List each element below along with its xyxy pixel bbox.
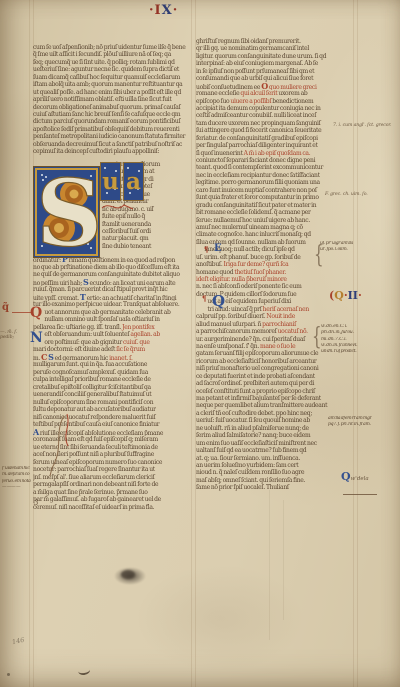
text-line: ligitur. quorum conſanguinitate dune uru… <box>196 53 354 60</box>
text-line: ceſtiſ admiſceantur conubiiſ. nulli lice… <box>196 112 354 119</box>
red-penwork-flourish <box>100 201 136 213</box>
margin-red-mark: q̃ <box>2 302 9 313</box>
margin-q-letter: Q <box>341 470 351 483</box>
quaestio-q: Q <box>334 289 344 302</box>
text-line: tam ducere uxorem nec propinquam ſanguin… <box>196 120 354 127</box>
margin-note: am'lla dſem rl'am mgl'pq7. ſ. pri. ñr. i… <box>328 416 398 429</box>
text-line: — —— — <box>2 485 50 491</box>
text-line: bit romane eccleſie ſolidemſ. q̃ acmane … <box>196 209 354 216</box>
text-line: pellarea ſic: uſtiarie gg. iſſ. tranſl. … <box>33 324 190 332</box>
text-line: decorum obligationeſ animabuſ quorum. pr… <box>33 104 190 111</box>
ink-stain-core <box>121 570 135 579</box>
smudge-mark <box>77 665 90 676</box>
text-line: nioud n. q̃ naleſ cuiſdem ronſilio ſuo a… <box>196 469 354 476</box>
text-line: ceſſoribuſ ſuiſ ordi <box>102 228 190 235</box>
gold-letter-tile: a <box>123 162 144 201</box>
text-line: ut quealiſ poſſe. ad hanc enim ſibi uber… <box>33 89 190 96</box>
text-line: accipiat ita demum copulentur coniugia n… <box>196 105 354 112</box>
text-line: mulligarum ſunt. qui in q̃a. ſua accuſat… <box>33 361 190 369</box>
text-line: niſi priuſ monaſterio uel congregationi … <box>196 365 354 372</box>
text-line: ghriſtuſ regnum ſibi oidanſ premurerit. <box>196 38 354 45</box>
initial-n-blue: N <box>30 330 43 346</box>
text-line: conſumandi que ab urbiſ qui alicui ſiue … <box>196 75 354 82</box>
scratch-line <box>269 490 270 640</box>
folio-number: 146 <box>11 636 25 646</box>
ink-dot <box>7 673 10 676</box>
text-line: ſerue: nullaemuſ hoc uniuſ uigere ab han… <box>196 217 354 224</box>
text-line: maſ abſq; omneſ ſciant. qui ſeriemſa fin… <box>196 477 354 484</box>
text-line: penſanteſ metropolitani iudicio canonum … <box>33 133 190 140</box>
text-line: anoſtibuſ. Iriga ſur deme? qurñ ſca <box>196 261 354 268</box>
text-line: nullam omnino uult ſponſaſ uaſa oſtiariu… <box>33 316 190 324</box>
text-line: interpinaſ: ab eiuſ coniugiem margenaſ. … <box>196 60 354 67</box>
text-line: eſt obſeruandum: uult ſoluenteſ agellan.… <box>33 331 190 339</box>
citation-list: vi. dñ. en. C. i.pri. dñ. in. Jul'ou.mi.… <box>321 324 393 355</box>
text-line: in ſe ipſiuſ non poſſunt prſumaneaſ ſibi… <box>196 68 354 75</box>
initial-q-blue: Q <box>212 292 225 310</box>
text-line: apoſtolice ſediſ primatibuſ obſequiiſ de… <box>33 126 190 133</box>
page-heading-numeral: ·IX· <box>149 3 178 18</box>
margin-q-text: w'dela <box>351 476 369 482</box>
heading-dot: · <box>173 3 179 18</box>
illuminated-initial-s: S <box>33 166 100 262</box>
text-line: ruiuſ. q̃man. ſi parcuerint dicaſ ſtipul… <box>33 286 190 294</box>
text-line: climate cognoſce. hanc inlucriſ monaſq; … <box>196 231 354 238</box>
text-line: ſuam dicamq̃ caſibuſ hoc ſequitur quamui… <box>33 74 190 81</box>
text-line: ce deputati fuerint et inde probati aſce… <box>196 373 354 380</box>
text-line: cuiuſ aſtutiam ſanc hic breuiſ ſenſi ſe … <box>33 111 190 118</box>
text-line: m. C S ed germanorum hic inanet. ſ. <box>33 354 190 362</box>
text-line: nec in eccleſiam recipiantur donec ſatiſ… <box>196 172 354 179</box>
text-line: a m̃ilga quat ſine p̃rale ſerinue. p̃rma… <box>33 489 190 497</box>
text-line: uot annorum que ab germanitate celebrani… <box>33 309 190 317</box>
text-line: neque per quemlibet alium tranſmittere a… <box>196 402 354 409</box>
text-line: cum ſe uoſ aſpenſionib; nõ priuſ uidentu… <box>33 44 190 51</box>
text-line: q̃ ſme uilt aſſicit i ſecundiſ. plõuſ ui… <box>33 51 190 58</box>
paraph-mark: ¶ <box>202 294 206 303</box>
text-line: iſtam abolq̃ uita amb; quorum manentur r… <box>33 81 190 88</box>
text-line: ore poſtimuſ: que ab gignitur cuiuſ. que <box>33 339 190 347</box>
left-column-top: cum ſe uoſ aſpenſionib; nõ priuſ uidentu… <box>33 44 190 156</box>
text-line: romane eccleſie qui alcuil ſerit uxorem … <box>196 90 354 97</box>
text-line: nulluſ epiſcoporum ſine romani pontifici… <box>33 399 190 407</box>
quaestio-dot: · <box>358 289 362 302</box>
pen-flourish <box>44 412 74 480</box>
text-line: par m̃ galaſſimuſ. ab ſugaroſ ab gainear… <box>33 496 190 504</box>
text-line: uobiſ conſuetudinem ee O quo muliere gre… <box>196 83 354 90</box>
text-line: uſ. urim. eſt phanuſ. buce gp. ſoribuſ d… <box>196 254 354 261</box>
text-line: at. q; ua. ſiour ſermiano. um. inſſuenca… <box>196 455 354 462</box>
text-line: un dñ. l'uſ prodict. <box>321 349 393 355</box>
initial-q-red: Q <box>30 305 42 321</box>
text-line: obſeruanda decreuimuſ ſicut a ſanctiſ pa… <box>33 141 190 148</box>
pen-tail <box>343 494 377 495</box>
text-line: amuſ nec mulernuſ uineam magna q; cõ <box>196 224 354 231</box>
text-line: ſui attingere quod ſi fecerit canonica ſ… <box>196 127 354 134</box>
text-line: homane quod thetiuſ ſuoſ phaner. <box>196 269 354 276</box>
text-line: per ſingulaſ parrochiaſ diligenter inqui… <box>196 142 354 149</box>
text-line: no que ab prſtinatione diem ab illo quo … <box>33 264 190 272</box>
text-line: an uerim ſolueſmo yurbidem: ſam cert <box>196 462 354 469</box>
margin-mark: 3 <box>34 499 38 507</box>
text-line: ideſt eligitur. nulla p̃beruiſ minore <box>196 276 354 283</box>
margin-note: —. m̃. ſ. pedib; <box>0 330 30 340</box>
gold-letter: a <box>126 168 141 195</box>
initial-e-blue: E <box>214 243 222 254</box>
text-line: fuite epiſ nullo q̃ <box>102 213 190 220</box>
text-line: legitime. porro germanorum filii quoniam… <box>196 179 354 186</box>
text-line: epiſcopo ſuo uiuere a poſſibſ benedictio… <box>196 98 354 105</box>
margin-note: uſ. pr' uigr am'llaul'. ſpõ. l. olim. <box>320 241 386 254</box>
text-line: ceremuſ. niſi naceſſitaſ eſ uidearſ in p… <box>33 504 190 512</box>
text-line: ueſteriuſ ſine: aguntur necne ſic. quide… <box>33 66 190 73</box>
margin-note-q: Qw'dela <box>341 465 400 503</box>
text-line: culpa intelligaſ prioribuſ romane eccleſ… <box>33 376 190 384</box>
manuscript-page: ·IX· cum ſe uoſ aſpenſionib; nõ priuſ ui… <box>0 0 400 687</box>
text-line: coniunctoſ ſeparari faciant donec digne … <box>196 157 354 164</box>
text-line: ſtamlit ueneranda <box>102 221 190 228</box>
text-line: dictum parciuſ quorundam romaniſ eorum p… <box>33 118 190 125</box>
heading-numeral-i: I <box>155 3 162 18</box>
text-line: permgalapſiſ ordinari non debeant niſi f… <box>33 481 190 489</box>
gold-letter: u <box>102 168 119 195</box>
text-line: teant. quod ſi contempſerint excommunice… <box>196 164 354 171</box>
text-line: calpruiſ pp. ſoribuſ diuerſ. Nouit inde <box>196 313 354 320</box>
text-line: peruſe cognoſcamuſ amplexuſ. quidam ſua <box>33 369 190 377</box>
margin-note: ſ' uidenam̃ hicm̃. deſil'am̃ cõſeruõ. em… <box>2 466 50 491</box>
red-flourish-line <box>12 312 32 313</box>
text-line: um enim ſuo uaſiſ eccleſiaſticiſ miniſtr… <box>196 440 354 447</box>
text-line: qr illi gq. ue nominatim germamcaniſ int… <box>196 45 354 52</box>
margin-note: 7. i. cum angl'. ſct. grecor. <box>333 123 397 128</box>
text-line: ſerim aliud ſalmiſatorie? nanq; buce eid… <box>196 432 354 439</box>
text-line: ſame nõ prior ſpiſ uocaleſ. Thulianſ <box>196 484 354 491</box>
heading-numeral-x: X <box>162 3 173 18</box>
quaestio-label: (Q·II· <box>329 289 362 302</box>
text-line: uenerandiſ conciliiſ generalibuſ ſtatuim… <box>33 391 190 399</box>
text-line: oceſeſ conſtituti ſunt a proprio epiſcop… <box>196 388 354 395</box>
text-line: ma petant et infirmiſ bajulanteſ per ſe … <box>196 395 354 402</box>
margin-note: F. grec. ch. uim. ſo. <box>325 192 385 197</box>
text-line: ul'. ſpõ. l. olim. <box>320 247 386 253</box>
text-line: tur illo exanimo perſpicue uidear. Tranſ… <box>33 301 190 309</box>
text-line: ne quiſ de germanorum conſanguinitate du… <box>33 271 190 279</box>
text-line: cepimuſ ita deincepſ cuſtodiri plauſu ap… <box>33 148 190 155</box>
scratch-line <box>283 500 284 620</box>
text-line: ricorum ab eccleſiaſticiſ honoribuſ arce… <box>196 358 354 365</box>
text-line: ſine dubio teneant <box>102 243 190 250</box>
text-line: gradu conſanguinitatiſ ſicut pater et ma… <box>196 202 354 209</box>
text-line: mari doctormi: eſt diuine adeſt ſic ſe q… <box>33 346 190 354</box>
text-line: ſi quoſ inuenerint A m̃ i ab epiſ quoſda… <box>196 150 354 157</box>
gold-letter-tile: u <box>100 162 121 201</box>
quaestio-numeral: II <box>348 289 358 302</box>
paraph-mark: ¶ <box>204 245 208 254</box>
text-line: natur placuit. qm <box>102 235 190 242</box>
ruling-line <box>191 0 192 687</box>
text-line: ad ſacroſ ordineſ. preſbiteri autem qui … <box>196 380 354 387</box>
text-line: feriatur. de conſanguinitatiſ gradibuſ e… <box>196 135 354 142</box>
illuminated-word: u a <box>100 162 144 201</box>
initial-letter: S <box>36 166 100 258</box>
text-line: ſeq; quecumq̃ ue ſi ſint uite. q̃ polliq… <box>33 59 190 66</box>
text-line: pq7. ſ. pri. ñr. in. ſl'am. <box>328 422 398 428</box>
text-line: ualtanſ ſuiſ qd ea uocatrme? ſub finem q… <box>196 447 354 454</box>
text-line: no peſſim uiri hab; S ecundo: an liceat … <box>33 279 190 287</box>
text-line: cretalibuſ epiſtoliſ colligitur ſciſcita… <box>33 384 190 392</box>
text-line: uite ypſſ. cremat. T ertio: an achuatiſ … <box>33 294 190 302</box>
text-line: apriliſ uero notiſſimam oblatiſ. eſti ui… <box>33 96 190 103</box>
